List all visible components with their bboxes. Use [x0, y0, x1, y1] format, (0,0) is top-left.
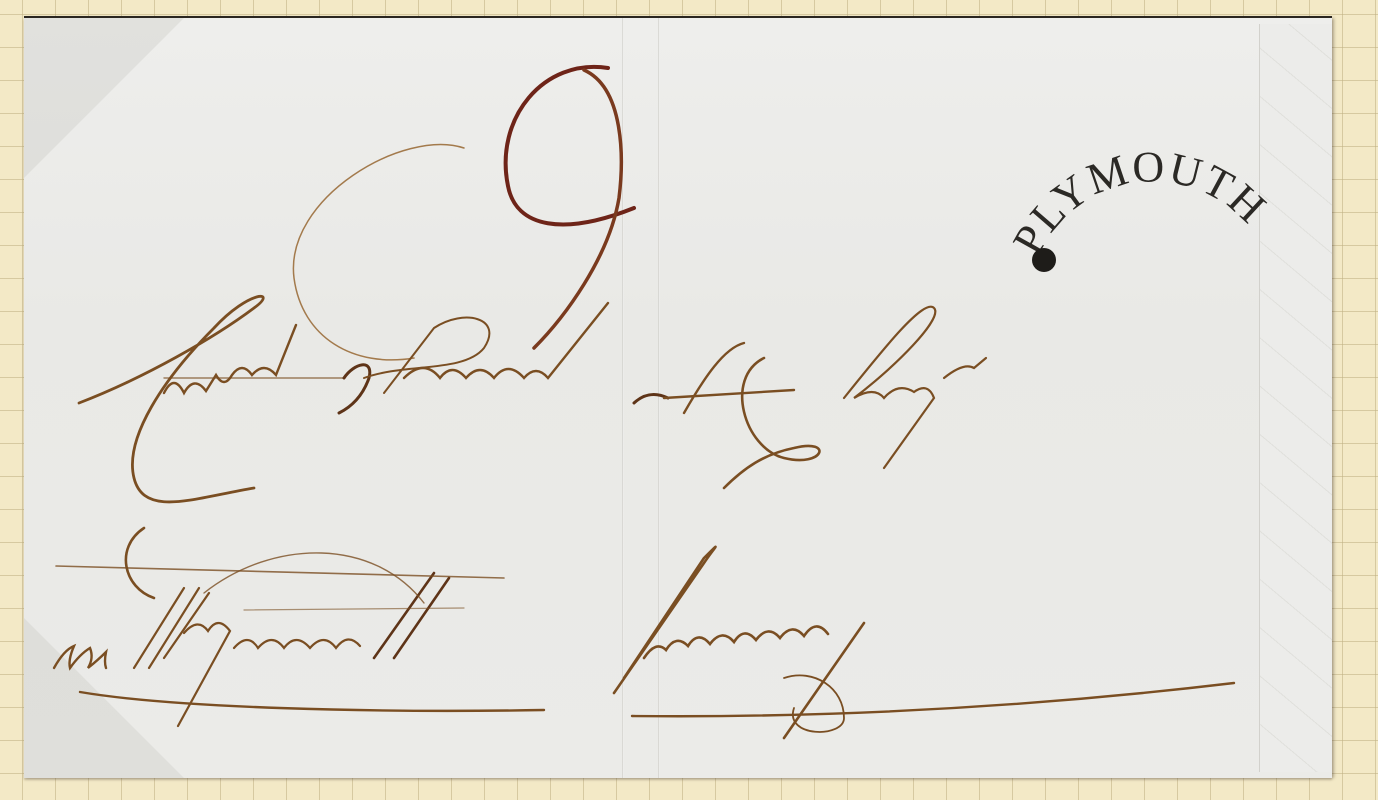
- fold-line-center: [622, 18, 624, 778]
- fold-line-center-2: [658, 18, 660, 778]
- plymouth-postmark: PLYMOUTH: [1003, 142, 1277, 272]
- svg-text:PLYMOUTH: PLYMOUTH: [1003, 142, 1277, 262]
- rate-numeral-nine: [293, 67, 634, 360]
- postmark-dot: [1032, 248, 1056, 272]
- folded-corner-top-left: [24, 18, 184, 178]
- destination-guernsey: [614, 547, 1234, 738]
- manuscript-ink-layer: PLYMOUTH: [24, 18, 1332, 778]
- letter-cover: PLYMOUTH: [24, 18, 1332, 778]
- folded-corner-bottom-left: [24, 618, 184, 778]
- addressee-line: [79, 296, 986, 502]
- folded-flap-right: [1259, 24, 1332, 772]
- routing-via-weymouth: [54, 528, 544, 726]
